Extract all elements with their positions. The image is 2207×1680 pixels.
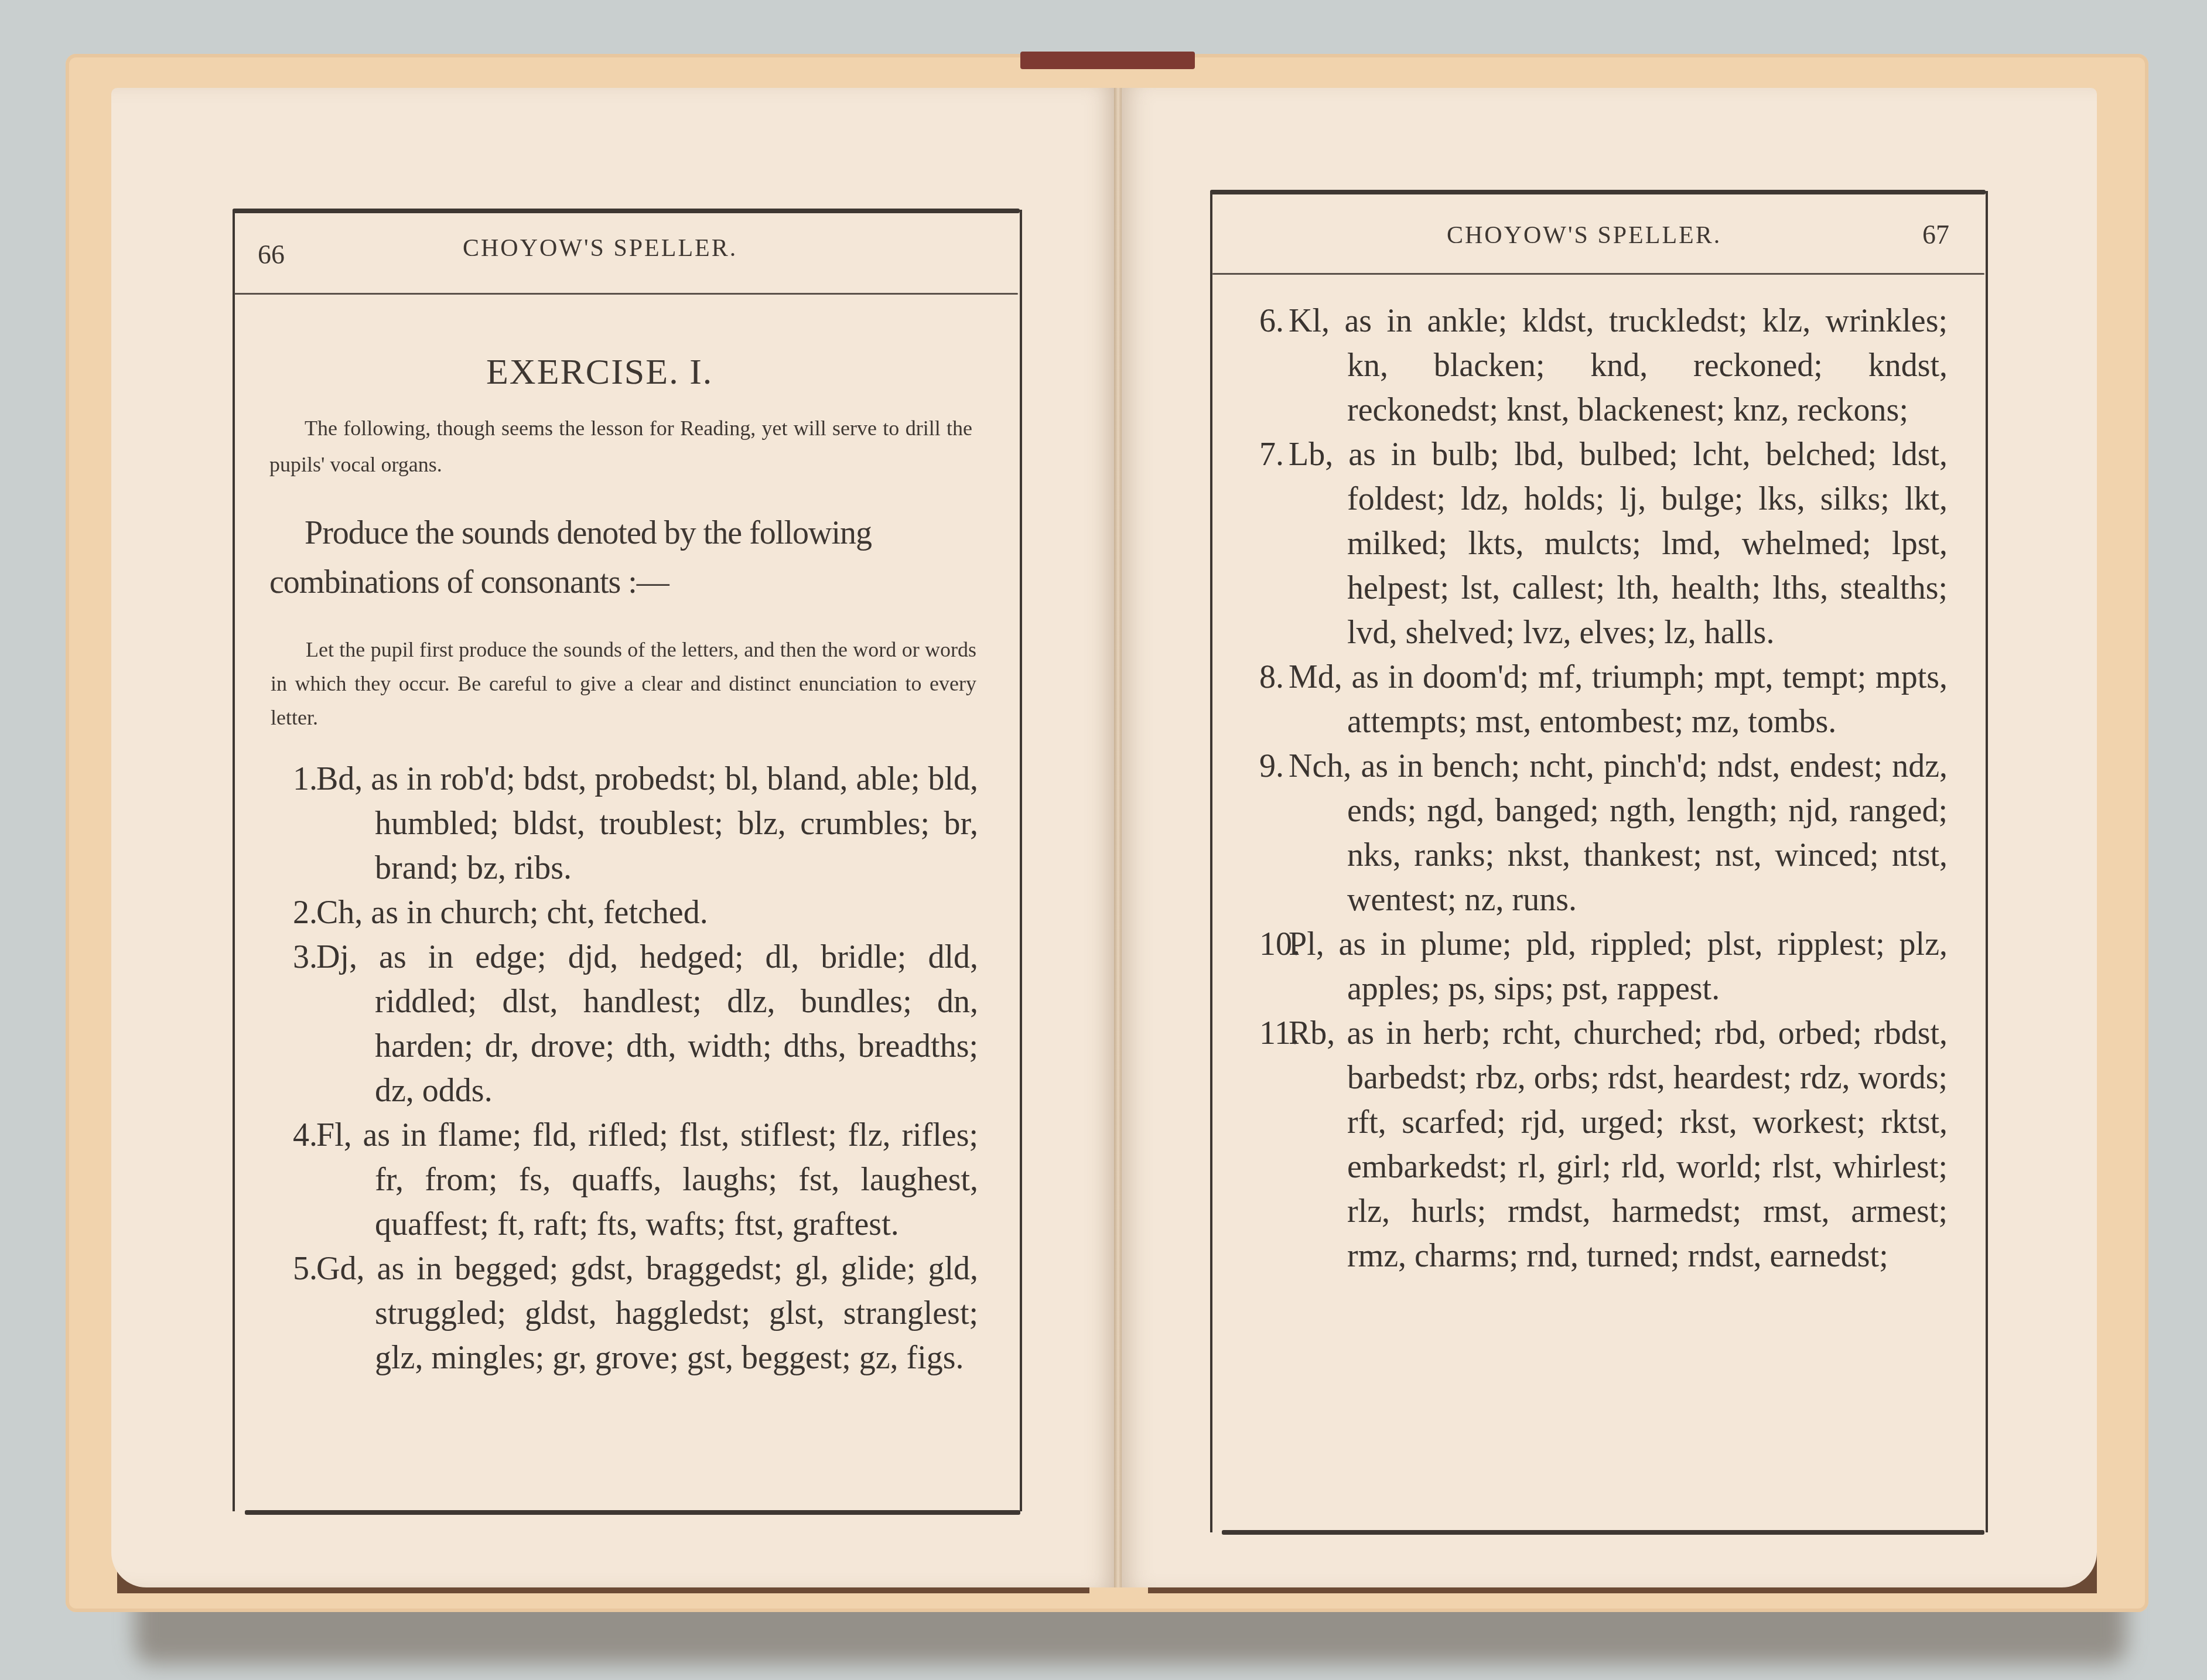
entry-number: 9.: [1259, 744, 1284, 788]
entry-number: 10.: [1259, 922, 1300, 967]
left-bottom-rule: [245, 1510, 1020, 1515]
entry-text: Md, as in doom'd; mf, triumph; mpt, temp…: [1259, 655, 1948, 744]
entry-text: Rb, as in herb; rcht, churched; rbd, orb…: [1259, 1011, 1948, 1278]
entry-number: 3.: [293, 935, 317, 979]
entry-number: 11.: [1259, 1011, 1299, 1056]
entry-text: Pl, as in plume; pld, rippled; plst, rip…: [1259, 922, 1948, 1011]
entry-9: 9. Nch, as in bench; ncht, pinch'd; ndst…: [1259, 744, 1948, 922]
entry-text: Bd, as in rob'd; bdst, probedst; bl, bla…: [293, 757, 978, 890]
entry-3: 3. Dj, as in edge; djd, hedged; dl, brid…: [293, 935, 978, 1113]
entry-2: 2. Ch, as in church; cht, fetched.: [293, 890, 978, 935]
exercise-lead: Produce the sounds denoted by the follow…: [269, 508, 978, 607]
entry-text: Kl, as in ankle; kldst, truckledst; klz,…: [1259, 299, 1948, 432]
entry-10: 10. Pl, as in plume; pld, rippled; plst,…: [1259, 922, 1948, 1011]
entry-6: 6. Kl, as in ankle; kldst, truckledst; k…: [1259, 299, 1948, 432]
right-bottom-rule: [1222, 1530, 1984, 1535]
entry-7: 7. Lb, as in bulb; lbd, bulbed; lcht, be…: [1259, 432, 1948, 655]
entry-number: 7.: [1259, 432, 1284, 477]
entry-number: 8.: [1259, 655, 1284, 699]
entry-4: 4. Fl, as in flame; fld, rifled; flst, s…: [293, 1113, 978, 1247]
left-page-number: 66: [258, 239, 285, 270]
entry-number: 1.: [293, 757, 317, 801]
entry-text: Fl, as in flame; fld, rifled; flst, stif…: [293, 1113, 978, 1247]
exercise-note: Let the pupil first produce the sounds o…: [271, 633, 976, 735]
entry-5: 5. Gd, as in begged; gdst, braggedst; gl…: [293, 1247, 978, 1380]
right-entries-list: 6. Kl, as in ankle; kldst, truckledst; k…: [1259, 299, 1948, 1278]
entry-text: Dj, as in edge; djd, hedged; dl, bridle;…: [293, 935, 978, 1113]
exercise-intro: The following, though seems the lesson f…: [269, 410, 972, 483]
entry-text: Nch, as in bench; ncht, pinch'd; ndst, e…: [1259, 744, 1948, 922]
gutter: [1114, 88, 1122, 1587]
left-running-head: CHOYOW'S SPELLER.: [463, 234, 737, 262]
entry-number: 2.: [293, 890, 317, 935]
right-running-head: CHOYOW'S SPELLER.: [1447, 221, 1721, 250]
entry-8: 8. Md, as in doom'd; mf, triumph; mpt, t…: [1259, 655, 1948, 744]
left-head-rule: [234, 293, 1018, 295]
entry-number: 5.: [293, 1247, 317, 1291]
left-top-rule: [233, 209, 1020, 213]
entry-11: 11. Rb, as in herb; rcht, churched; rbd,…: [1259, 1011, 1948, 1278]
right-head-rule: [1212, 273, 1984, 275]
entry-text: Ch, as in church; cht, fetched.: [293, 890, 978, 935]
right-top-rule: [1210, 190, 1986, 194]
entry-text: Gd, as in begged; gdst, braggedst; gl, g…: [293, 1247, 978, 1380]
entry-number: 6.: [1259, 299, 1284, 343]
spine-headband: [1020, 52, 1195, 69]
entry-number: 4.: [293, 1113, 317, 1157]
exercise-title: EXERCISE. I.: [486, 351, 713, 393]
entry-text: Lb, as in bulb; lbd, bulbed; lcht, belch…: [1259, 432, 1948, 655]
left-entries-list: 1. Bd, as in rob'd; bdst, probedst; bl, …: [293, 757, 978, 1380]
entry-1: 1. Bd, as in rob'd; bdst, probedst; bl, …: [293, 757, 978, 890]
right-page-number: 67: [1922, 219, 1949, 250]
